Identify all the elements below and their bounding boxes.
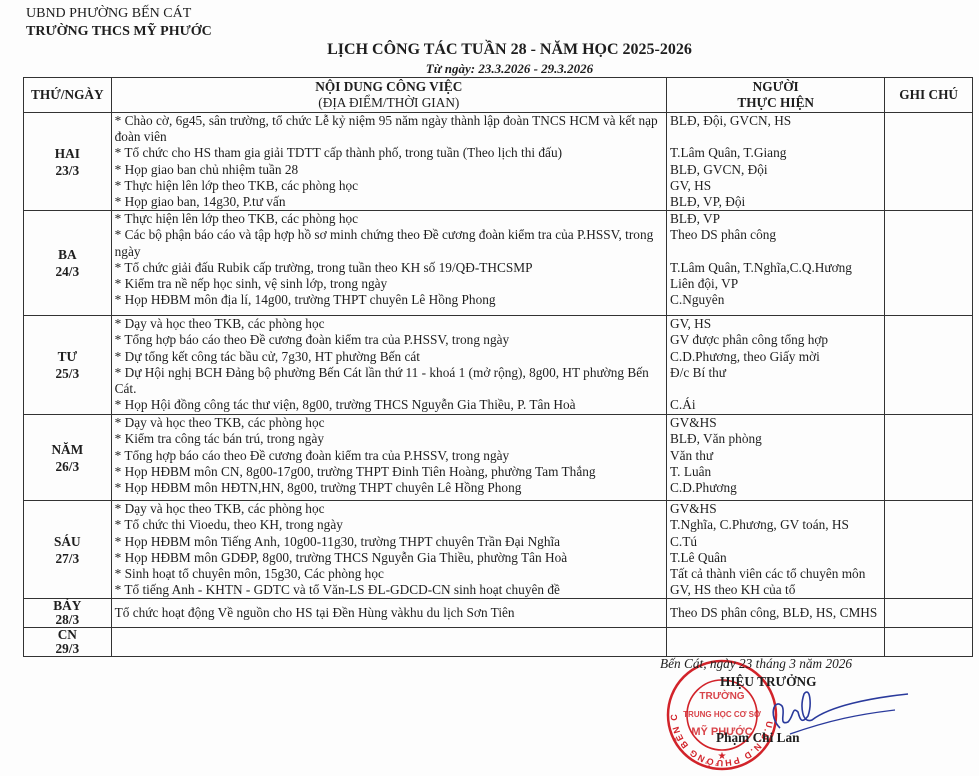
task-cell xyxy=(111,628,666,657)
svg-text:TRUNG HỌC CƠ SỞ: TRUNG HỌC CƠ SỞ xyxy=(683,710,761,719)
task-item: * Dạy và học theo TKB, các phòng học xyxy=(115,415,663,431)
task-item: * Kiểm tra nề nếp học sinh, vệ sinh lớp,… xyxy=(115,276,663,292)
person-item: GV được phân công tổng hợp xyxy=(670,332,881,348)
table-header-row: THỨ/NGÀY NỘI DUNG CÔNG VIỆC (ĐỊA ĐIỂM/TH… xyxy=(24,78,973,113)
column-header-note: GHI CHÚ xyxy=(885,78,973,113)
note-cell xyxy=(885,628,973,657)
task-item: * Thực hiện lên lớp theo TKB, các phòng … xyxy=(115,178,663,194)
task-item: * Họp HĐBM môn HĐTN,HN, 8g00, trường THP… xyxy=(115,480,663,496)
task-item: * Tổng hợp báo cáo theo Đề cương đoàn ki… xyxy=(115,332,663,348)
date-label: 24/3 xyxy=(27,263,108,280)
person-item: T.Nghĩa, C.Phương, GV toán, HS xyxy=(670,517,881,533)
task-cell: * Dạy và học theo TKB, các phòng học* Tổ… xyxy=(111,501,666,599)
table-row: TƯ25/3* Dạy và học theo TKB, các phòng h… xyxy=(24,316,973,415)
person-cell: GV&HST.Nghĩa, C.Phương, GV toán, HSC.TúT… xyxy=(667,501,885,599)
date-label: 29/3 xyxy=(27,642,108,656)
person-item: GV&HS xyxy=(670,501,881,517)
task-item: * Họp Hội đồng công tác thư viện, 8g00, … xyxy=(115,397,663,413)
note-cell xyxy=(885,501,973,599)
day-cell: CN29/3 xyxy=(24,628,112,657)
person-cell: BLĐ, Đội, GVCN, HST.Lâm Quân, T.GiangBLĐ… xyxy=(667,113,885,211)
task-cell: * Dạy và học theo TKB, các phòng học* Ki… xyxy=(111,415,666,501)
person-cell: Theo DS phân công, BLĐ, HS, CMHS xyxy=(667,599,885,628)
task-item: * Tổ chức giải đấu Rubik cấp trường, tro… xyxy=(115,260,663,276)
person-item xyxy=(670,244,881,260)
person-item: Theo DS phân công, BLĐ, HS, CMHS xyxy=(670,605,881,621)
table-row: HAI23/3* Chào cờ, 6g45, sân trường, tổ c… xyxy=(24,113,973,211)
person-item: Văn thư xyxy=(670,448,881,464)
person-item: BLĐ, Văn phòng xyxy=(670,431,881,447)
handwritten-signature-icon xyxy=(760,676,910,736)
task-cell: * Thực hiện lên lớp theo TKB, các phòng … xyxy=(111,211,666,316)
person-item: T.Lê Quân xyxy=(670,550,881,566)
column-header-person-line1: NGƯỜI xyxy=(670,79,881,95)
person-item: GV, HS theo KH của tổ xyxy=(670,582,881,598)
person-item: BLĐ, VP, Đội xyxy=(670,194,881,210)
task-item: * Tổng hợp báo cáo theo Đề cương đoàn ki… xyxy=(115,448,663,464)
date-label: 26/3 xyxy=(27,458,108,475)
note-cell xyxy=(885,211,973,316)
column-header-content-line1: NỘI DUNG CÔNG VIỆC xyxy=(115,79,663,95)
document-title: LỊCH CÔNG TÁC TUẦN 28 - NĂM HỌC 2025-202… xyxy=(0,41,979,59)
schedule-table: THỨ/NGÀY NỘI DUNG CÔNG VIỆC (ĐỊA ĐIỂM/TH… xyxy=(23,77,973,657)
task-item: * Dạy và học theo TKB, các phòng học xyxy=(115,316,663,332)
date-label: 27/3 xyxy=(27,550,108,567)
task-item: * Tổ chức cho HS tham gia giải TDTT cấp … xyxy=(115,145,663,161)
weekday-label: HAI xyxy=(27,145,108,162)
person-cell xyxy=(667,628,885,657)
column-header-content: NỘI DUNG CÔNG VIỆC (ĐỊA ĐIỂM/THỜI GIAN) xyxy=(111,78,666,113)
person-item: Đ/c Bí thư xyxy=(670,365,881,381)
note-cell xyxy=(885,316,973,415)
task-item: Tổ chức hoạt động Về nguồn cho HS tại Đề… xyxy=(115,605,663,621)
date-range: Từ ngày: 23.3.2026 - 29.3.2026 xyxy=(0,61,979,77)
weekday-label: BẢY xyxy=(27,599,108,613)
weekday-label: BA xyxy=(27,246,108,263)
task-item: * Kiểm tra công tác bán trú, trong ngày xyxy=(115,431,663,447)
person-cell: GV, HSGV được phân công tổng hợpC.D.Phươ… xyxy=(667,316,885,415)
column-header-content-line2: (ĐỊA ĐIỂM/THỜI GIAN) xyxy=(115,95,663,111)
person-item: C.D.Phương xyxy=(670,480,881,496)
date-label: 28/3 xyxy=(27,613,108,627)
day-cell: BA24/3 xyxy=(24,211,112,316)
task-cell: Tổ chức hoạt động Về nguồn cho HS tại Đề… xyxy=(111,599,666,628)
task-cell: * Chào cờ, 6g45, sân trường, tổ chức Lễ … xyxy=(111,113,666,211)
task-cell: * Dạy và học theo TKB, các phòng học* Tổ… xyxy=(111,316,666,415)
task-item: * Tổ tiếng Anh - KHTN - GDTC và tổ Văn-L… xyxy=(115,582,663,598)
person-item: C.Tú xyxy=(670,534,881,550)
table-row: SÁU27/3* Dạy và học theo TKB, các phòng … xyxy=(24,501,973,599)
table-row: NĂM26/3* Dạy và học theo TKB, các phòng … xyxy=(24,415,973,501)
task-item: * Thực hiện lên lớp theo TKB, các phòng … xyxy=(115,211,663,227)
note-cell xyxy=(885,415,973,501)
table-row: BA24/3* Thực hiện lên lớp theo TKB, các … xyxy=(24,211,973,316)
column-header-person-line2: THỰC HIỆN xyxy=(670,95,881,111)
task-item: * Dự Hội nghị BCH Đảng bộ phường Bến Cát… xyxy=(115,365,663,397)
signature-place-date: Bến Cát, ngày 23 tháng 3 năm 2026 xyxy=(660,656,852,672)
day-cell: NĂM26/3 xyxy=(24,415,112,501)
person-item: Liên đội, VP xyxy=(670,276,881,292)
person-item xyxy=(670,381,881,397)
svg-text:TRƯỜNG: TRƯỜNG xyxy=(699,689,744,702)
note-cell xyxy=(885,113,973,211)
day-cell: BẢY28/3 xyxy=(24,599,112,628)
task-item: * Họp HĐBM môn địa lí, 14g00, trường THP… xyxy=(115,292,663,308)
person-item: C.D.Phương, theo Giấy mời xyxy=(670,349,881,365)
person-item: GV&HS xyxy=(670,415,881,431)
day-cell: SÁU27/3 xyxy=(24,501,112,599)
person-item: GV, HS xyxy=(670,316,881,332)
person-item: T.Lâm Quân, T.Giang xyxy=(670,145,881,161)
schedule-body: HAI23/3* Chào cờ, 6g45, sân trường, tổ c… xyxy=(24,113,973,657)
note-cell xyxy=(885,599,973,628)
person-item: Tất cả thành viên các tổ chuyên môn xyxy=(670,566,881,582)
weekday-label: TƯ xyxy=(27,348,108,365)
date-label: 25/3 xyxy=(27,365,108,382)
person-item: BLĐ, VP xyxy=(670,211,881,227)
weekday-label: CN xyxy=(27,628,108,642)
table-row: CN29/3 xyxy=(24,628,973,657)
person-item xyxy=(670,129,881,145)
task-item: * Dự tổng kết công tác bầu cử, 7g30, HT … xyxy=(115,349,663,365)
person-item: C.Ái xyxy=(670,397,881,413)
person-item: T. Luân xyxy=(670,464,881,480)
svg-text:★: ★ xyxy=(718,751,727,762)
task-item: * Họp giao ban chủ nhiệm tuần 28 xyxy=(115,162,663,178)
day-cell: TƯ25/3 xyxy=(24,316,112,415)
task-item: * Họp HĐBM môn Tiếng Anh, 10g00-11g30, t… xyxy=(115,534,663,550)
task-item: * Dạy và học theo TKB, các phòng học xyxy=(115,501,663,517)
weekday-label: SÁU xyxy=(27,533,108,550)
column-header-day-label: THỨ/NGÀY xyxy=(31,87,104,102)
task-item: * Họp HĐBM môn GDĐP, 8g00, trường THCS N… xyxy=(115,550,663,566)
school-name: TRƯỜNG THCS MỸ PHƯỚC xyxy=(26,24,212,40)
task-item: * Sinh hoạt tổ chuyên môn, 15g30, Các ph… xyxy=(115,566,663,582)
weekday-label: NĂM xyxy=(27,441,108,458)
task-item: * Chào cờ, 6g45, sân trường, tổ chức Lễ … xyxy=(115,113,663,145)
person-item: C.Nguyên xyxy=(670,292,881,308)
column-header-day: THỨ/NGÀY xyxy=(24,78,112,113)
person-item: GV, HS xyxy=(670,178,881,194)
person-cell: BLĐ, VPTheo DS phân côngT.Lâm Quân, T.Ng… xyxy=(667,211,885,316)
person-item: Theo DS phân công xyxy=(670,227,881,243)
task-item: * Tổ chức thi Vioedu, theo KH, trong ngà… xyxy=(115,517,663,533)
column-header-note-label: GHI CHÚ xyxy=(899,87,958,102)
date-label: 23/3 xyxy=(27,162,108,179)
task-item: * Họp giao ban, 14g30, P.tư vấn xyxy=(115,194,663,210)
task-item: * Họp HĐBM môn CN, 8g00-17g00, trường TH… xyxy=(115,464,663,480)
person-item: BLĐ, GVCN, Đội xyxy=(670,162,881,178)
day-cell: HAI23/3 xyxy=(24,113,112,211)
task-item: * Các bộ phận báo cáo và tập hợp hồ sơ m… xyxy=(115,227,663,259)
org-parent-name: UBND PHƯỜNG BẾN CÁT xyxy=(26,6,191,22)
person-item: T.Lâm Quân, T.Nghĩa,C.Q.Hương xyxy=(670,260,881,276)
column-header-person: NGƯỜI THỰC HIỆN xyxy=(667,78,885,113)
person-cell: GV&HSBLĐ, Văn phòngVăn thưT. LuânC.D.Phư… xyxy=(667,415,885,501)
table-row: BẢY28/3Tổ chức hoạt động Về nguồn cho HS… xyxy=(24,599,973,628)
person-item: BLĐ, Đội, GVCN, HS xyxy=(670,113,881,129)
